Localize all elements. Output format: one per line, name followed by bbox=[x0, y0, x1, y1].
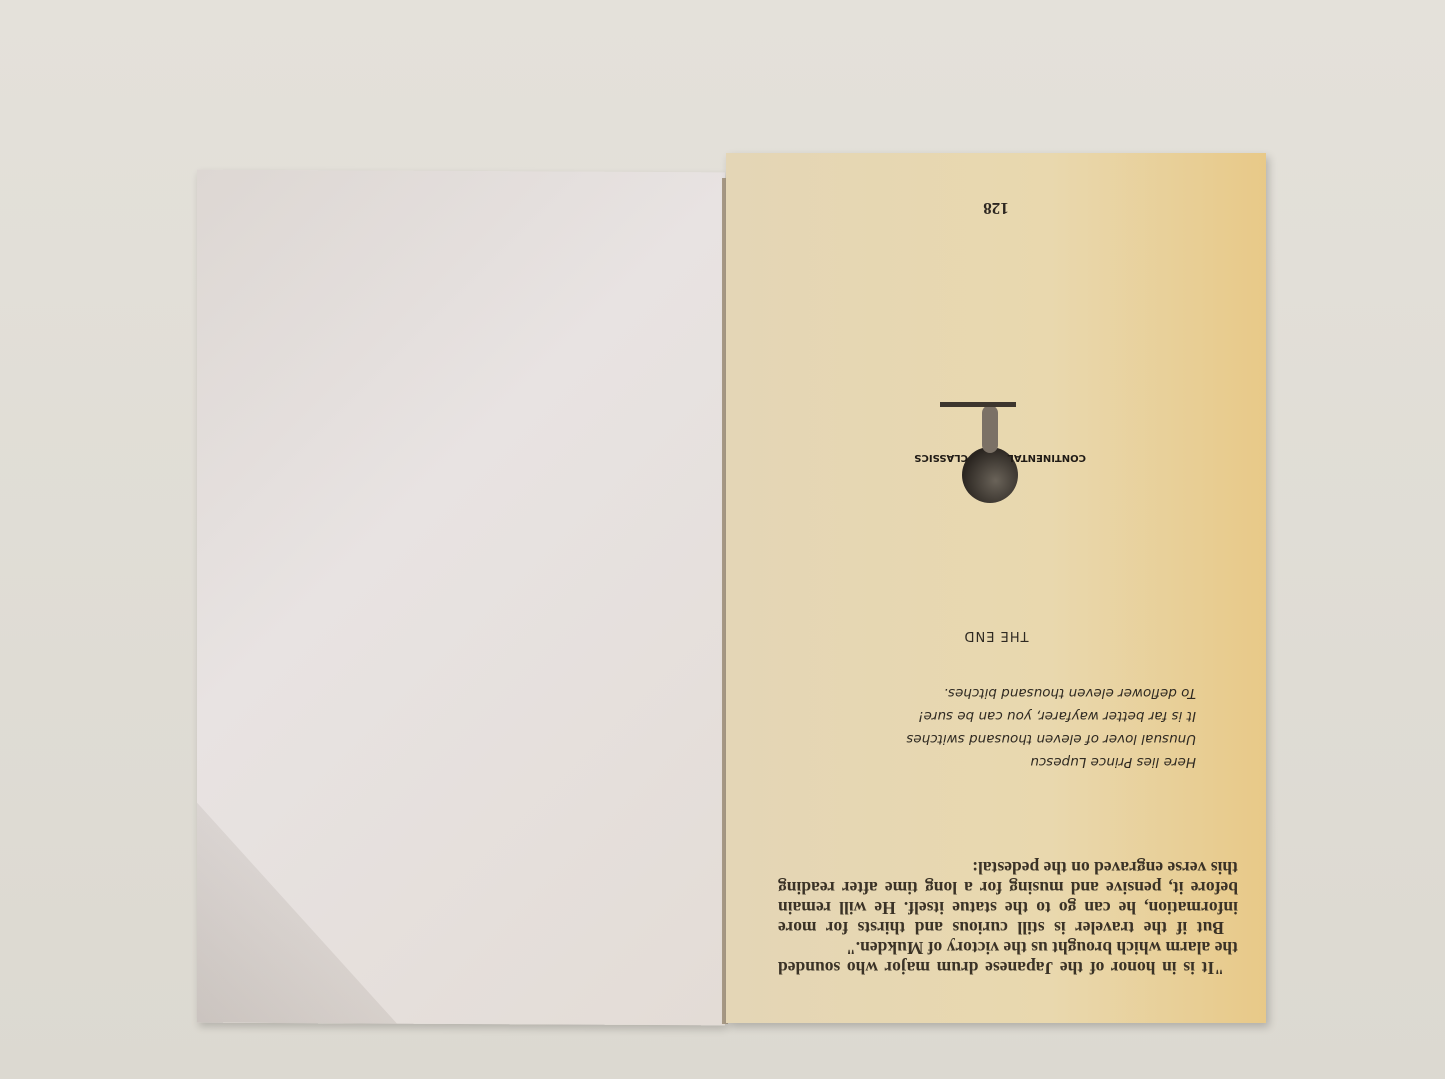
logo-bar bbox=[940, 402, 1016, 407]
verse-line: To deflower eleven thousand bitches. bbox=[776, 681, 1196, 704]
inverted-content: "It is in honor of the Japanese drum maj… bbox=[726, 153, 1266, 1023]
worn-corner bbox=[197, 803, 397, 1024]
paragraph: "It is in honor of the Japanese drum maj… bbox=[778, 938, 1238, 978]
logo-word-right: CLASSICS bbox=[914, 452, 968, 463]
paragraph: But if the traveler is still curious and… bbox=[778, 858, 1238, 938]
right-page: "It is in honor of the Japanese drum maj… bbox=[726, 153, 1266, 1023]
figure-icon bbox=[982, 405, 998, 453]
end-label: THE END bbox=[726, 628, 1266, 643]
logo-word-left: CONTINENTAL bbox=[1008, 452, 1086, 463]
left-page bbox=[197, 170, 725, 1026]
body-text: "It is in honor of the Japanese drum maj… bbox=[778, 858, 1238, 978]
publisher-logo: CONTINENTAL CLASSICS bbox=[906, 383, 1086, 503]
verse-line: Unusual lover of eleven thousand switche… bbox=[776, 727, 1196, 750]
verse: Here lies Prince Lupescu Unusual lover o… bbox=[776, 681, 1196, 773]
verse-line: It is far better wayfarer, you can be su… bbox=[776, 704, 1196, 727]
page-number: 128 bbox=[726, 198, 1266, 218]
verse-line: Here lies Prince Lupescu bbox=[776, 750, 1196, 773]
